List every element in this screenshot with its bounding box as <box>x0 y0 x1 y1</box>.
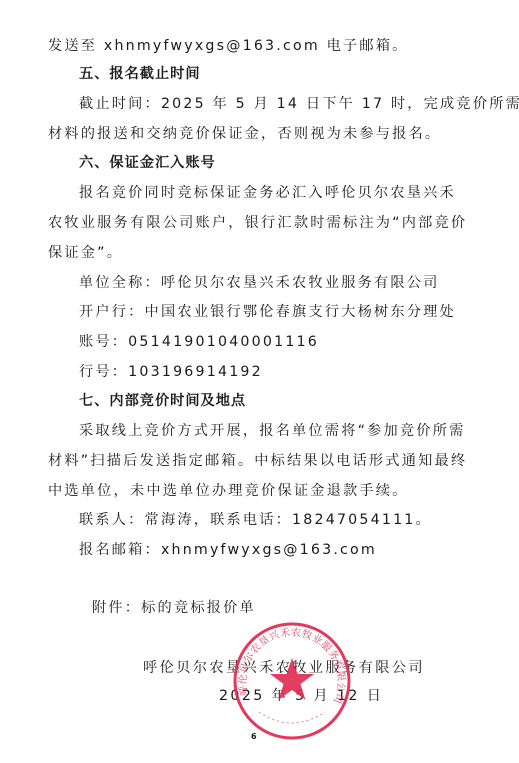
paragraph-deadline-line1: 截止时间：2025 年 5 月 14 日下午 17 时，完成竞价所需 <box>79 94 519 114</box>
registration-email: 报名邮箱：xhnmyfwyxgs@163.com <box>79 540 377 560</box>
paragraph-bidding-line1: 采取线上竞价方式开展，报名单位需将“参加竞价所需 <box>79 421 465 441</box>
paragraph-deposit-line1: 报名竞价同时竞标保证金务必汇入呼伦贝尔农垦兴禾 <box>79 183 456 203</box>
contact-person: 联系人：常海涛，联系电话：18247054111。 <box>79 510 432 530</box>
section-heading-deadline: 五、报名截止时间 <box>79 64 201 84</box>
account-number: 账号：05141901040001116 <box>79 332 319 352</box>
company-seal-icon: 呼伦贝尔农垦兴禾农牧业服务有限公司 <box>231 620 353 742</box>
attachment-note: 附件：标的竞标报价单 <box>92 598 256 618</box>
section-heading-bidding-time-place: 七、内部竞价时间及地点 <box>79 391 246 411</box>
section-heading-deposit-account: 六、保证金汇入账号 <box>79 153 216 173</box>
paragraph-deposit-line2: 农牧业服务有限公司账户，银行汇款时需标注为“内部竞价 <box>48 213 467 233</box>
bank-number: 行号：103196914192 <box>79 362 263 382</box>
bank-branch: 开户行：中国农业银行鄂伦春旗支行大杨树东分理处 <box>79 302 456 322</box>
paragraph-deposit-line3: 保证金”。 <box>48 243 123 263</box>
unit-full-name: 单位全称：呼伦贝尔农垦兴禾农牧业服务有限公司 <box>79 273 440 293</box>
paragraph-email-send: 发送至 xhnmyfwyxgs@163.com 电子邮箱。 <box>48 36 409 56</box>
paragraph-deadline-line2: 材料的报送和交纳竞价保证金，否则视为未参与报名。 <box>48 124 441 144</box>
paragraph-bidding-line2: 材料”扫描后发送指定邮箱。中标结果以电话形式通知最终 <box>48 451 467 471</box>
paragraph-bidding-line3: 中选单位，未中选单位办理竞价保证金退款手续。 <box>48 481 409 501</box>
page-number: 6 <box>251 732 257 741</box>
